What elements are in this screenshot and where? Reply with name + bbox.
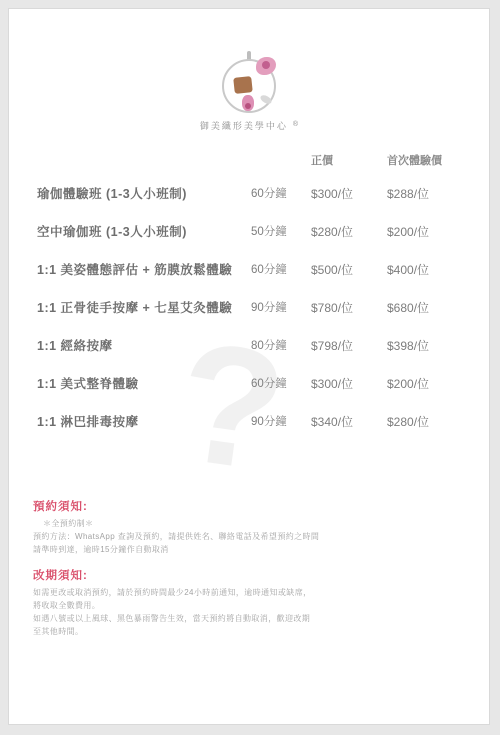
table-row: 空中瑜伽班 (1-3人小班制) 50分鐘 $280/位 $200/位 (37, 212, 463, 250)
regular-price: $280/位 (311, 223, 387, 240)
flower-teacup-logo-icon (220, 55, 278, 113)
service-name: 1:1 正骨徒手按摩 + 七星艾灸體驗 (37, 298, 251, 316)
service-name: 1:1 淋巴排毒按摩 (37, 412, 251, 430)
first-trial-price: $680/位 (387, 299, 463, 316)
service-duration: 60分鐘 (251, 375, 311, 391)
first-trial-price: $288/位 (387, 185, 463, 202)
service-name: 1:1 美姿體態評估 + 筋膜放鬆體驗 (37, 260, 251, 278)
price-list-card: 御美纖形美學中心 ® ? 正價 首次體驗價 瑜伽體驗班 (1-3人小班制) 60… (8, 8, 490, 725)
regular-price: $780/位 (311, 299, 387, 316)
service-duration: 60分鐘 (251, 185, 311, 201)
note-line: 如需更改或取消預約，請於預約時間最少24小時前通知，逾時通知或缺席， (33, 586, 465, 599)
logo-section: 御美纖形美學中心 ® (9, 55, 489, 132)
table-row: 1:1 正骨徒手按摩 + 七星艾灸體驗 90分鐘 $780/位 $680/位 (37, 288, 463, 326)
first-trial-price: $400/位 (387, 261, 463, 278)
table-row: 瑜伽體驗班 (1-3人小班制) 60分鐘 $300/位 $288/位 (37, 174, 463, 212)
service-duration: 90分鐘 (251, 413, 311, 429)
logo-flower-small-center (245, 103, 251, 109)
note-line: 預約方法：WhatsApp 查詢及預約，請提供姓名、聯絡電話及希望預約之時間 (33, 530, 465, 543)
note-line: 請準時到達，逾時15分鐘作自動取消 (33, 543, 465, 556)
logo-flower-center (262, 61, 270, 69)
note-line: 將收取全數費用。 (33, 599, 465, 612)
regular-price: $340/位 (311, 413, 387, 430)
column-header-first-trial-price: 首次體驗價 (387, 152, 463, 168)
regular-price: $798/位 (311, 337, 387, 354)
note-line: ＊全預約制＊ (33, 517, 465, 530)
service-name: 瑜伽體驗班 (1-3人小班制) (37, 184, 251, 202)
first-trial-price: $280/位 (387, 413, 463, 430)
registered-trademark-icon: ® (293, 121, 298, 128)
note-line: 如遇八號或以上風球、黑色暴雨警告生效，當天預約將自動取消，歡迎改期 (33, 612, 465, 625)
logo-teacup-icon (233, 76, 253, 94)
first-trial-price: $200/位 (387, 223, 463, 240)
booking-rules-title: 預約須知: (33, 498, 465, 514)
service-name: 1:1 經絡按摩 (37, 336, 251, 354)
column-header-regular-price: 正價 (311, 152, 387, 168)
notes-section: 預約須知: ＊全預約制＊ 預約方法：WhatsApp 查詢及預約，請提供姓名、聯… (33, 498, 465, 638)
service-duration: 50分鐘 (251, 223, 311, 239)
table-header-row: 正價 首次體驗價 (37, 148, 463, 174)
table-row: 1:1 淋巴排毒按摩 90分鐘 $340/位 $280/位 (37, 402, 463, 440)
first-trial-price: $200/位 (387, 375, 463, 392)
brand-line: 御美纖形美學中心 ® (200, 119, 298, 132)
regular-price: $300/位 (311, 185, 387, 202)
regular-price: $300/位 (311, 375, 387, 392)
table-row: 1:1 美姿體態評估 + 筋膜放鬆體驗 60分鐘 $500/位 $400/位 (37, 250, 463, 288)
service-name: 空中瑜伽班 (1-3人小班制) (37, 222, 251, 240)
reschedule-rules-title: 改期須知: (33, 567, 465, 583)
table-row: 1:1 經絡按摩 80分鐘 $798/位 $398/位 (37, 326, 463, 364)
service-duration: 90分鐘 (251, 299, 311, 315)
booking-rules: 預約須知: ＊全預約制＊ 預約方法：WhatsApp 查詢及預約，請提供姓名、聯… (33, 498, 465, 557)
service-name: 1:1 美式整脊體驗 (37, 374, 251, 392)
note-line: 至其他時間。 (33, 625, 465, 638)
regular-price: $500/位 (311, 261, 387, 278)
reschedule-rules: 改期須知: 如需更改或取消預約，請於預約時間最少24小時前通知，逾時通知或缺席，… (33, 567, 465, 639)
price-table: 正價 首次體驗價 瑜伽體驗班 (1-3人小班制) 60分鐘 $300/位 $28… (37, 148, 463, 440)
service-duration: 80分鐘 (251, 337, 311, 353)
first-trial-price: $398/位 (387, 337, 463, 354)
brand-name: 御美纖形美學中心 (200, 119, 288, 132)
table-row: 1:1 美式整脊體驗 60分鐘 $300/位 $200/位 (37, 364, 463, 402)
service-duration: 60分鐘 (251, 261, 311, 277)
